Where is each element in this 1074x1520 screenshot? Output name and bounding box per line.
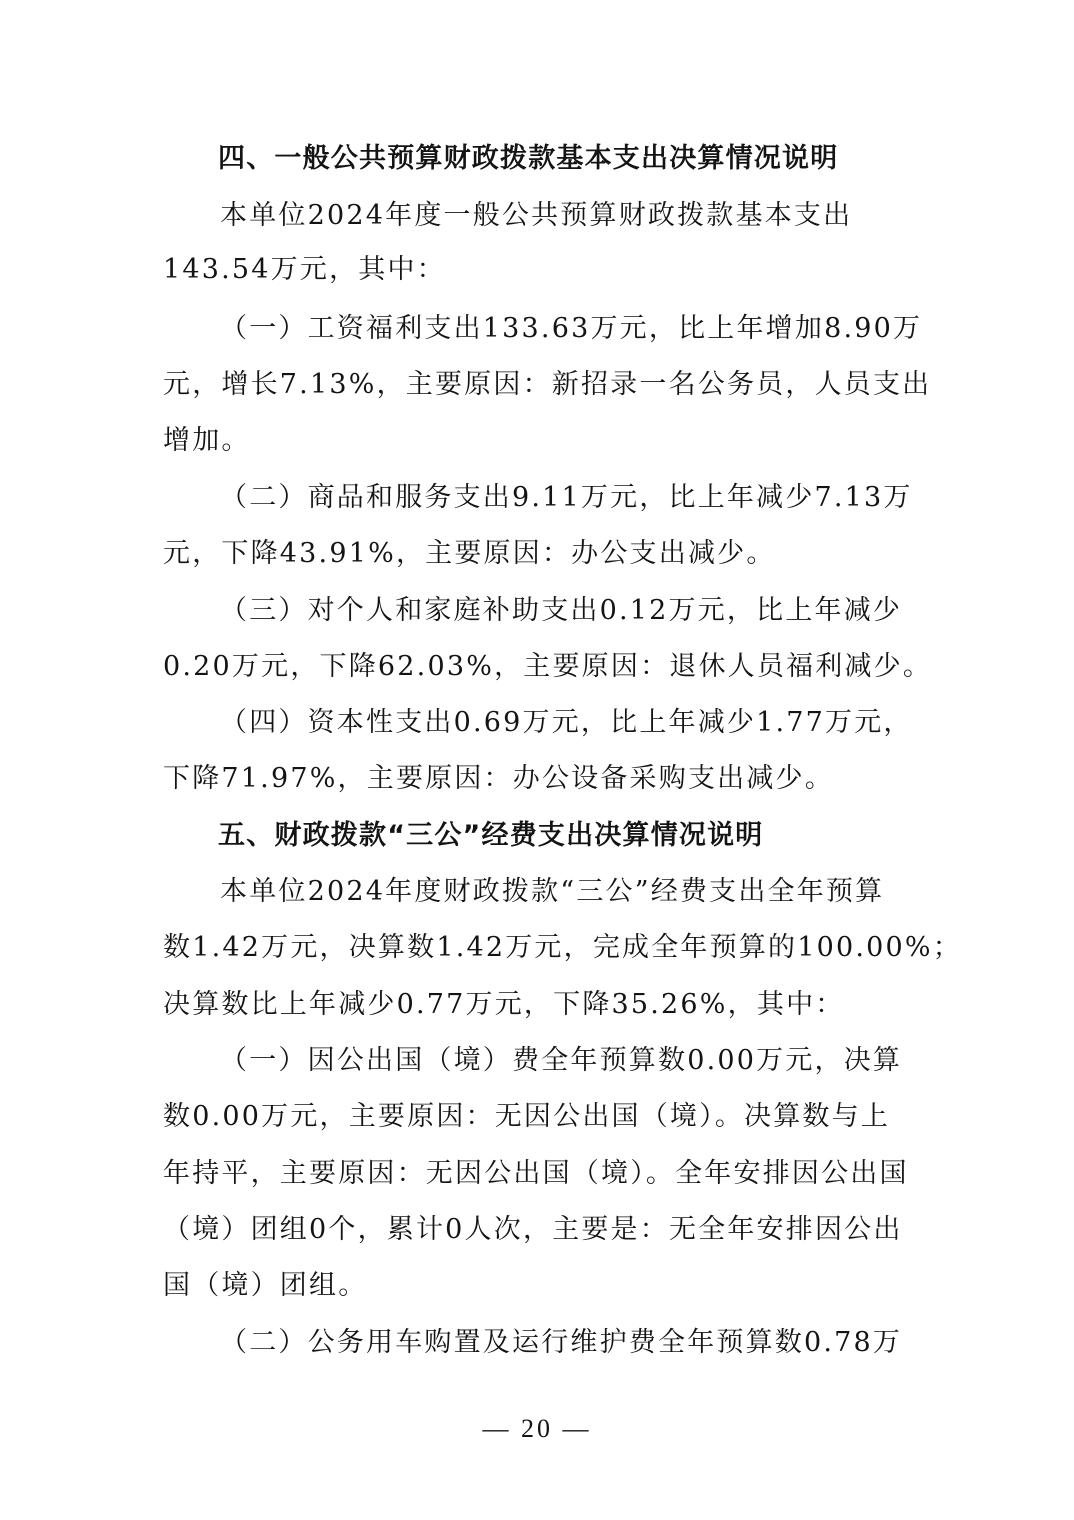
section-heading: 五、财政拨款“三公”经费支出决算情况说明 (218, 816, 978, 856)
paragraph-line: （一）因公出国（境）费全年预算数0.00万元，决算 (220, 1041, 980, 1081)
paragraph-line: 决算数比上年减少0.77万元，下降35.26%，其中： (163, 985, 923, 1025)
paragraph-line: 下降71.97%，主要原因：办公设备采购支出减少。 (163, 759, 923, 799)
paragraph-line: 年持平，主要原因：无因公出国（境）。全年安排因公出国 (163, 1154, 923, 1194)
paragraph-line: （二）公务用车购置及运行维护费全年预算数0.78万 (220, 1323, 980, 1363)
paragraph-line: （境）团组0个，累计0人次，主要是：无全年安排因公出 (163, 1210, 923, 1250)
paragraph-line: （三）对个人和家庭补助支出0.12万元，比上年减少 (220, 591, 980, 631)
paragraph-line: 元，下降43.91%，主要原因：办公支出减少。 (163, 534, 923, 574)
paragraph-line: （一）工资福利支出133.63万元，比上年增加8.90万 (220, 309, 980, 349)
document-page: 四、一般公共预算财政拨款基本支出决算情况说明本单位2024年度一般公共预算财政拨… (0, 0, 1074, 1520)
paragraph-line: 增加。 (163, 421, 923, 461)
paragraph-line: 0.20万元，下降62.03%，主要原因：退休人员福利减少。 (163, 647, 923, 687)
paragraph-line: 143.54万元，其中： (163, 250, 923, 290)
paragraph-line: 国（境）团组。 (163, 1266, 923, 1306)
paragraph-line: 本单位2024年度一般公共预算财政拨款基本支出 (220, 196, 980, 236)
paragraph-line: 元，增长7.13%，主要原因：新招录一名公务员，人员支出 (163, 365, 923, 405)
paragraph-line: 本单位2024年度财政拨款“三公”经费支出全年预算 (220, 872, 980, 912)
paragraph-line: 数0.00万元，主要原因：无因公出国（境）。决算数与上 (163, 1097, 923, 1137)
paragraph-line: （二）商品和服务支出9.11万元，比上年减少7.13万 (220, 478, 980, 518)
section-heading: 四、一般公共预算财政拨款基本支出决算情况说明 (218, 139, 978, 179)
paragraph-line: （四）资本性支出0.69万元，比上年减少1.77万元， (220, 703, 980, 743)
page-number: — 20 — (0, 1413, 1074, 1445)
paragraph-line: 数1.42万元，决算数1.42万元，完成全年预算的100.00%； (163, 928, 923, 968)
